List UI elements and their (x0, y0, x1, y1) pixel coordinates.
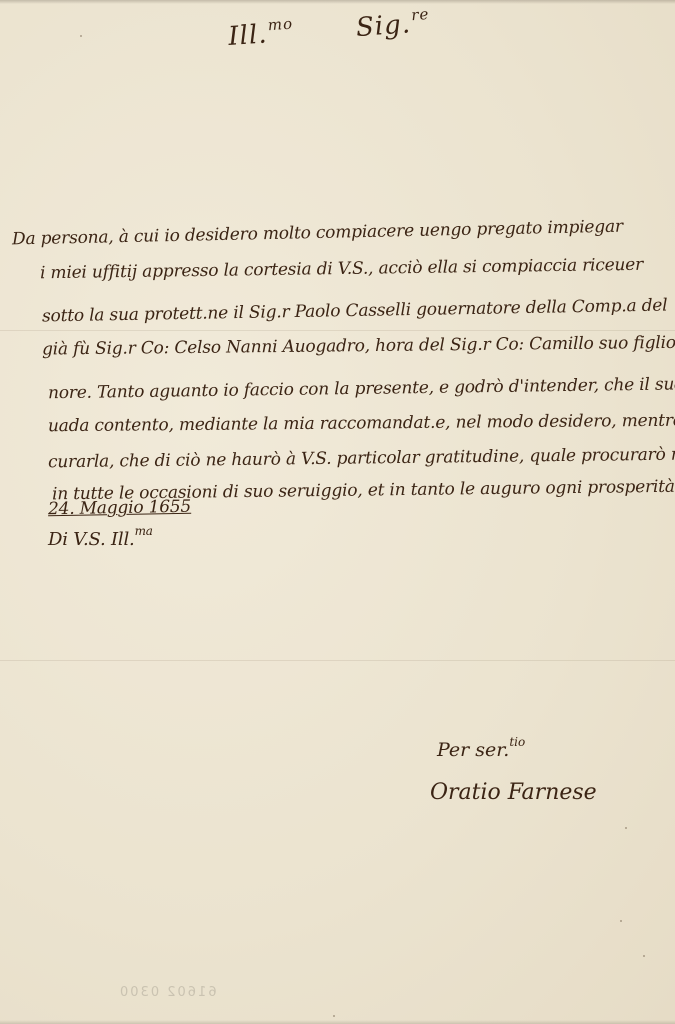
body-line: uada contento, mediante la mia raccomand… (48, 409, 675, 437)
body-line: Da persona, à cui io desidero molto comp… (12, 216, 623, 251)
paper-speck (333, 1015, 335, 1017)
address-line: Di V.S. Ill.ma (48, 520, 153, 551)
paper-fold-line (0, 330, 675, 331)
signature: Oratio Farnese (430, 780, 597, 805)
address-line-superscript: ma (135, 524, 153, 538)
paper-speck (620, 920, 622, 922)
body-line: sotto la sua protett.ne il Sig.r Paolo C… (42, 295, 668, 328)
body-line: già fù Sig.r Co: Celso Nanni Auogadro, h… (42, 332, 675, 361)
paper-speck (643, 955, 645, 957)
paper-speck (625, 827, 627, 829)
paper-speck (80, 35, 82, 37)
body-line: curarla, che di ciò ne haurò à V.S. part… (48, 443, 675, 474)
dateline: 24. Maggio 1655 (48, 496, 191, 520)
letter-page: Ill.mo Sig.re Da persona, à cui io desid… (0, 0, 675, 1024)
closing-text: Per ser. (437, 739, 509, 761)
address-line-text: Di V.S. Ill. (48, 529, 135, 550)
closing: Per ser.tio (437, 735, 525, 761)
body-line: nore. Tanto aguanto io faccio con la pre… (48, 372, 675, 404)
closing-superscript: tio (509, 735, 525, 749)
salutation-title: Ill. (227, 19, 268, 52)
paper-fold-line (0, 660, 675, 661)
salutation-title-superscript: mo (267, 15, 293, 35)
salutation-address-superscript: re (411, 5, 430, 24)
body-line: i miei uffitij appresso la cortesia di V… (40, 254, 643, 284)
salutation: Ill.mo Sig.re (227, 5, 431, 52)
bleed-through-stamp: 61602 0300 (118, 985, 217, 1000)
salutation-address: Sig. (355, 9, 412, 43)
